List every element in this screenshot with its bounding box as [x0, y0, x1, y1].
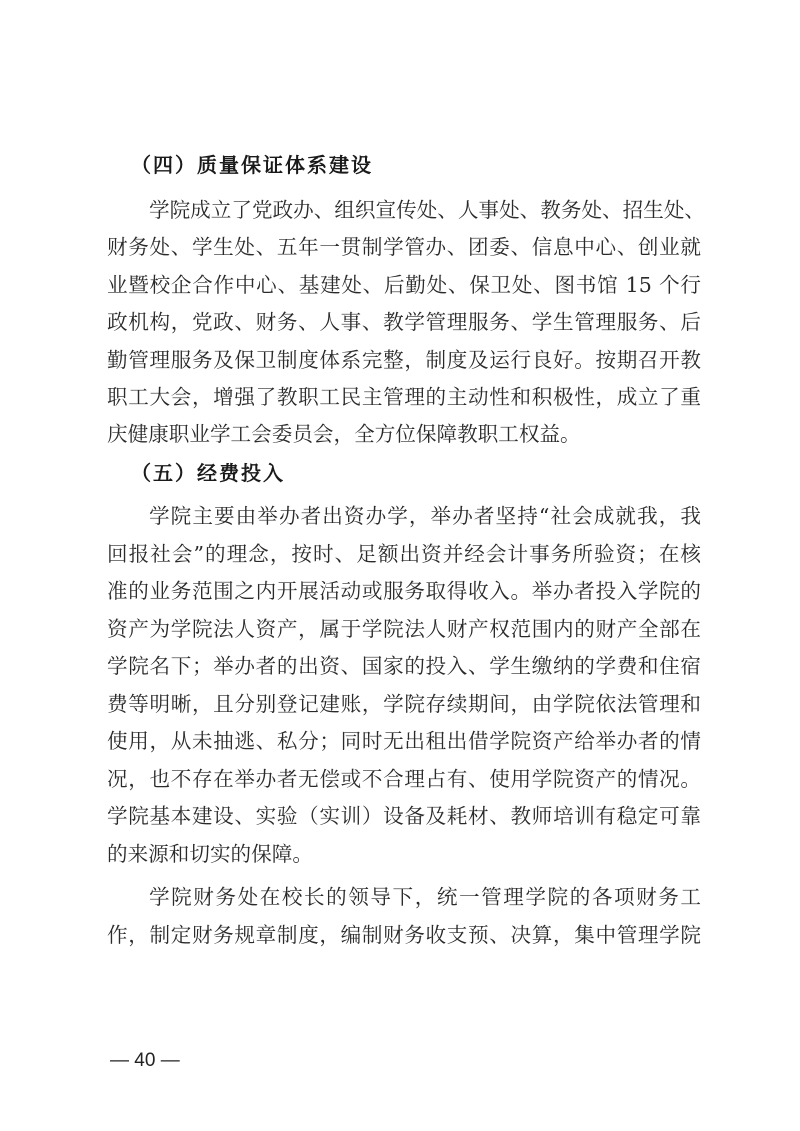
paragraph-line: 回报社会”的理念，按时、足额出资并经会计事务所验资；在核: [107, 541, 701, 567]
paragraph-line: 学院财务处在校长的领导下，统一管理学院的各项财务工: [149, 884, 701, 910]
paragraph-line: 学院成立了党政办、组织宣传处、人事处、教务处、招生处、: [149, 197, 701, 223]
paragraph-line: 学院名下；举办者的出资、国家的投入、学生缴纳的学费和住宿: [107, 653, 701, 679]
paragraph-line: 作，制定财务规章制度，编制财务收支预、决算，集中管理学院: [107, 922, 701, 948]
paragraph-line: 学院基本建设、实验（实训）设备及耗材、教师培训有稳定可靠: [107, 803, 701, 829]
paragraph-line: 业暨校企合作中心、基建处、后勤处、保卫处、图书馆 15 个行: [107, 272, 701, 298]
paragraph-line: 庆健康职业学工会委员会，全方位保障教职工权益。: [107, 421, 701, 447]
document-page: （四）质量保证体系建设 学院成立了党政办、组织宣传处、人事处、教务处、招生处、 …: [0, 0, 800, 1131]
paragraph-line: 准的业务范围之内开展活动或服务取得收入。举办者投入学院的: [107, 578, 701, 604]
page-number: — 40 —: [110, 1050, 180, 1072]
paragraph-line: 使用，从未抽逃、私分；同时无出租出借学院资产给举办者的情: [107, 728, 701, 754]
section-heading-funding: （五）经费投入: [131, 460, 285, 486]
paragraph-line: 职工大会，增强了教职工民主管理的主动性和积极性，成立了重: [107, 384, 701, 410]
paragraph-line: 政机构，党政、财务、人事、教学管理服务、学生管理服务、后: [107, 309, 701, 335]
paragraph-line: 勤管理服务及保卫制度体系完整，制度及运行良好。按期召开教: [107, 347, 701, 373]
paragraph-line: 况，也不存在举办者无偿或不合理占有、使用学院资产的情况。: [107, 766, 701, 792]
paragraph-line: 资产为学院法人资产，属于学院法人财产权范围内的财产全部在: [107, 616, 701, 642]
paragraph-line: 学院主要由举办者出资办学，举办者坚持“社会成就我，我: [149, 503, 701, 529]
paragraph-line: 财务处、学生处、五年一贯制学管办、团委、信息中心、创业就: [107, 234, 701, 260]
paragraph-line: 的来源和切实的保障。: [107, 841, 701, 867]
paragraph-line: 费等明晰，且分别登记建账，学院存续期间，由学院依法管理和: [107, 691, 701, 717]
section-heading-quality-assurance: （四）质量保证体系建设: [131, 152, 373, 178]
